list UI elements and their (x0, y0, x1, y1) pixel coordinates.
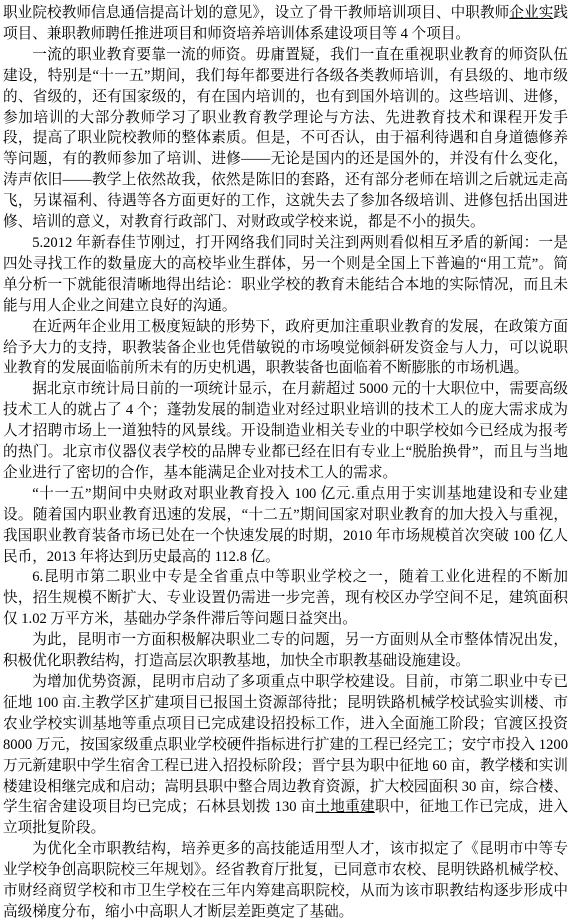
paragraph: 6.昆明市第二职业中专是全省重点中等职业学校之一，随着工业化进程的不断加快，招生… (3, 567, 568, 630)
paragraph: 职业院校教师信息通信提高计划的意见》，设立了骨干教师培训项目、中职教师企业实践项… (3, 3, 568, 45)
text-segment: 职业院校教师信息通信提高计划的意见》，设立了骨干教师培训项目、中职教师 (3, 5, 509, 21)
paragraph: 为此，昆明市一方面积极解决职业二专的问题，另一方面则从全市整体情况出发，积极优化… (3, 630, 568, 672)
text-segment: 为增加优势资源，昆明市启动了多项重点中职学校建设。目前，市第二职业中专已征地 1… (3, 674, 568, 815)
paragraph: 为增加优势资源，昆明市启动了多项重点中职学校建设。目前，市第二职业中专已征地 1… (3, 672, 568, 839)
paragraph: 据北京市统计局日前的一项统计显示，在月薪超过 5000 元的十大职位中，需要高级… (3, 379, 568, 484)
text-segment: 为优化全市职教结构，培养更多的高技能适用型人才，该市拟定了《昆明市中等专业学校争… (3, 841, 568, 920)
paragraph: 在近两年企业用工极度短缺的形势下，政府更加注重职业教育的发展，在政策方面给予大力… (3, 317, 568, 380)
text-segment: “十一五”期间中央财政对职业教育投入 100 亿元.重点用于实训基地建设和专业建… (3, 486, 568, 565)
document-page: 职业院校教师信息通信提高计划的意见》，设立了骨干教师培训项目、中职教师企业实践项… (0, 0, 571, 921)
text-segment: 据北京市统计局日前的一项统计显示，在月薪超过 5000 元的十大职位中，需要高级… (3, 381, 568, 481)
text-segment: 5.2012 年新春佳节刚过，打开网络我们同时关注到两则看似相互矛盾的新闻：一是… (3, 235, 568, 314)
text-segment: 为此，昆明市一方面积极解决职业二专的问题，另一方面则从全市整体情况出发，积极优化… (3, 632, 568, 669)
paragraph: 一流的职业教育要靠一流的师资。毋庸置疑，我们一直在重视职业教育的师资队伍建设，特… (3, 45, 568, 233)
text-segment: 一流的职业教育要靠一流的师资。毋庸置疑，我们一直在重视职业教育的师资队伍建设，特… (3, 47, 568, 230)
underlined-text: 企业实 (509, 5, 553, 21)
paragraph: “十一五”期间中央财政对职业教育投入 100 亿元.重点用于实训基地建设和专业建… (3, 484, 568, 568)
underlined-text: 土地重建 (315, 799, 375, 815)
paragraph: 5.2012 年新春佳节刚过，打开网络我们同时关注到两则看似相互矛盾的新闻：一是… (3, 233, 568, 317)
document-body: 职业院校教师信息通信提高计划的意见》，设立了骨干教师培训项目、中职教师企业实践项… (3, 3, 568, 921)
text-segment: 6.昆明市第二职业中专是全省重点中等职业学校之一，随着工业化进程的不断加快，招生… (3, 569, 568, 627)
text-segment: 在近两年企业用工极度短缺的形势下，政府更加注重职业教育的发展，在政策方面给予大力… (3, 319, 568, 377)
paragraph: 为优化全市职教结构，培养更多的高技能适用型人才，该市拟定了《昆明市中等专业学校争… (3, 839, 568, 921)
